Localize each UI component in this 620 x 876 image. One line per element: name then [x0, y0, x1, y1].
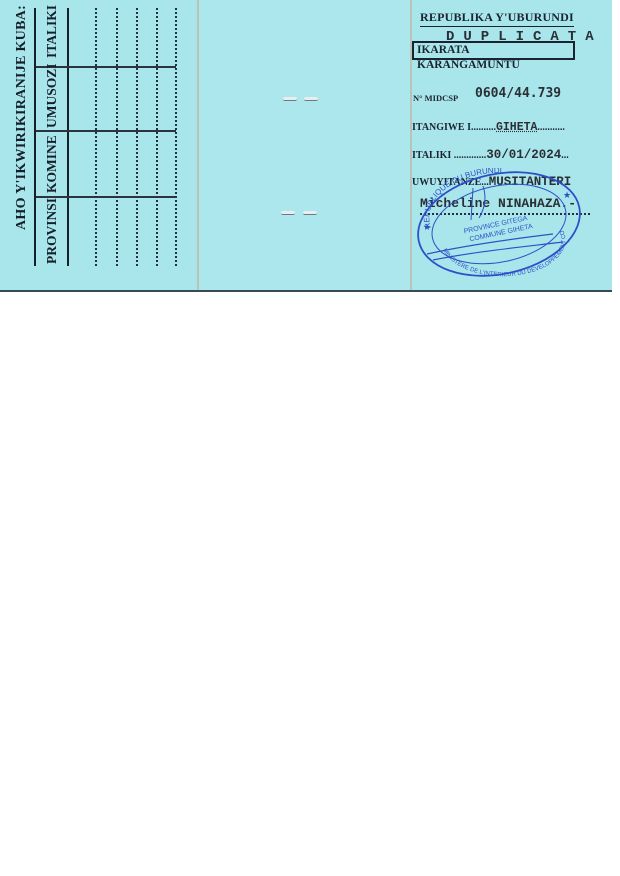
- staple-icon: [303, 211, 317, 215]
- issued-at-field: ITANGIWE I..........GIHETA...........: [412, 121, 565, 134]
- column-header-umusozi: UMUSOZI: [44, 63, 60, 128]
- staple-icon: [283, 97, 297, 101]
- table-row: [136, 8, 138, 266]
- residence-table: AHO Y'IKWIRIKIRANIJE KUBA: PROVINSI KOMI…: [0, 0, 197, 290]
- table-top-rule: [34, 8, 36, 266]
- date-label: ITALIKI: [412, 150, 451, 161]
- column-header-provinsi: PROVINSI: [44, 198, 60, 264]
- residence-change-panel: AHO Y'IKWIRIKIRANIJE KUBA: PROVINSI KOMI…: [0, 0, 197, 290]
- table-row: [175, 8, 177, 266]
- table-row: [95, 8, 97, 266]
- id-card: AHO Y'IKWIRIKIRANIJE KUBA: PROVINSI KOMI…: [0, 0, 612, 292]
- table-row: [156, 8, 158, 266]
- country-heading: REPUBLIKA Y'UBURUNDI: [420, 10, 574, 27]
- staple-icon: [281, 211, 295, 215]
- midcsp-label: N° MIDCSP: [413, 93, 458, 103]
- date-field: ITALIKI .............30/01/2024...: [412, 148, 569, 162]
- card-title: IKARATA KARANGAMUNTU: [412, 41, 575, 60]
- staple-icon: [304, 97, 318, 101]
- column-divider: [36, 130, 176, 132]
- blank-middle-panel: [197, 0, 412, 290]
- svg-text:★: ★: [423, 222, 431, 232]
- issued-at-value: GIHETA: [496, 121, 537, 134]
- svg-text:REPUBLIQUE DU BURUNDI: REPUBLIQUE DU BURUNDI: [422, 168, 502, 230]
- issued-at-label: ITANGIWE I: [412, 122, 471, 133]
- residence-table-title: AHO Y'IKWIRIKIRANIJE KUBA:: [14, 5, 30, 230]
- midcsp-number: 0604/44.739: [475, 86, 561, 101]
- table-header-rule: [67, 8, 69, 266]
- svg-text:★: ★: [563, 190, 571, 200]
- column-header-komine: KOMINE: [44, 135, 60, 193]
- official-stamp-icon: REPUBLIQUE DU BURUNDI PROVINCE GITEGA CO…: [413, 168, 585, 280]
- column-header-italiki: ITALIKI: [44, 5, 60, 58]
- table-row: [116, 8, 118, 266]
- date-value: 30/01/2024: [486, 148, 561, 162]
